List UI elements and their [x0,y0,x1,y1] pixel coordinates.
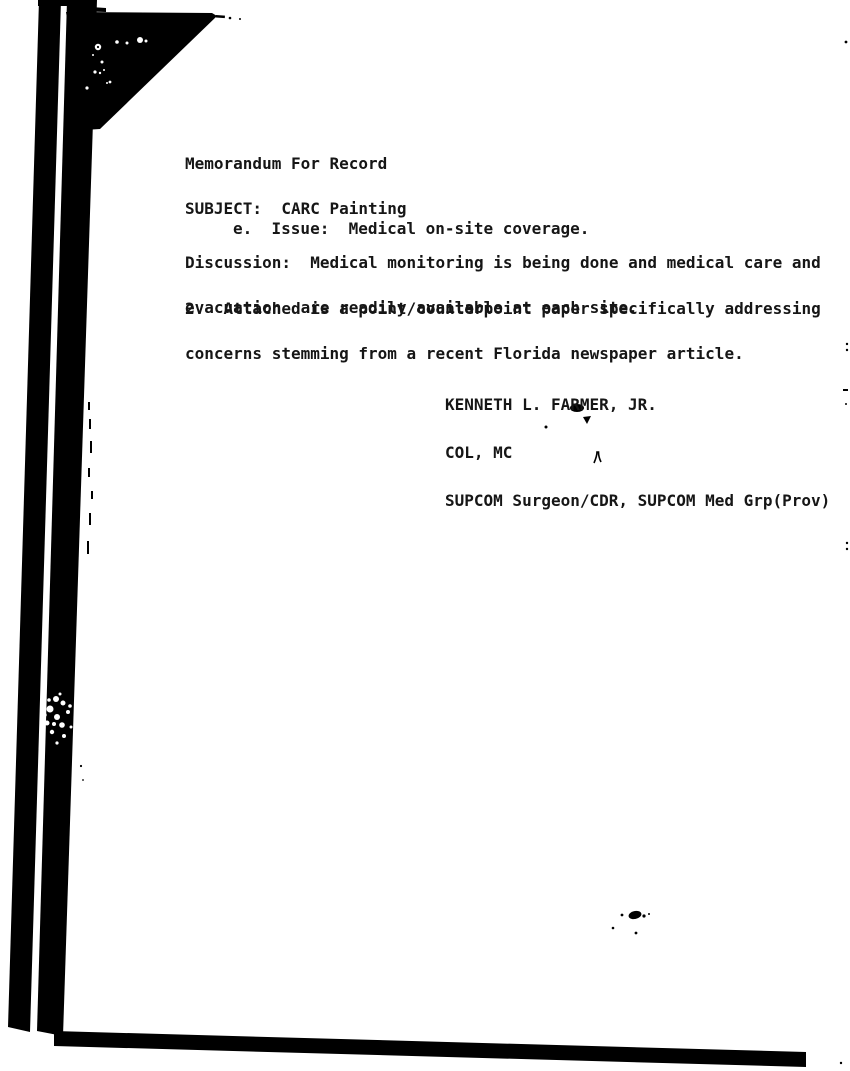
signature-rank: COL, MC [445,445,830,461]
memo-title: Memorandum For Record [185,156,407,171]
scanned-memo-page: Memorandum For Record SUBJECT: CARC Pain… [0,0,850,1071]
scan-ink-blot [612,910,650,935]
scan-corner-triangle [66,12,217,130]
scan-speckle-core [97,46,99,48]
attachment-line-2: concerns stemming from a recent Florida … [185,346,821,361]
scan-bar-left-inner [37,0,97,1036]
scan-triangle-speckles [85,37,147,90]
signature-title: SUPCOM Surgeon/CDR, SUPCOM Med Grp(Prov) [445,493,830,509]
attachment-line-1: 2. Attached is a point/counterpoint pape… [185,301,821,316]
signature-block: KENNETH L. FARMER, JR. COL, MC SUPCOM Su… [445,365,830,541]
scan-top-dashes [216,15,241,20]
scan-bar-left-outer [8,0,61,1032]
scan-bar-smudge [43,693,72,745]
scan-top-lip [75,6,106,12]
signature-name: KENNETH L. FARMER, JR. [445,397,830,413]
scan-stray-specks [840,41,848,1065]
discussion-line-1: Discussion: Medical monitoring is being … [185,255,821,270]
scan-bottom-bar [54,1031,806,1067]
scan-edge-ticks [80,402,93,781]
scan-top-bridge [38,0,78,6]
